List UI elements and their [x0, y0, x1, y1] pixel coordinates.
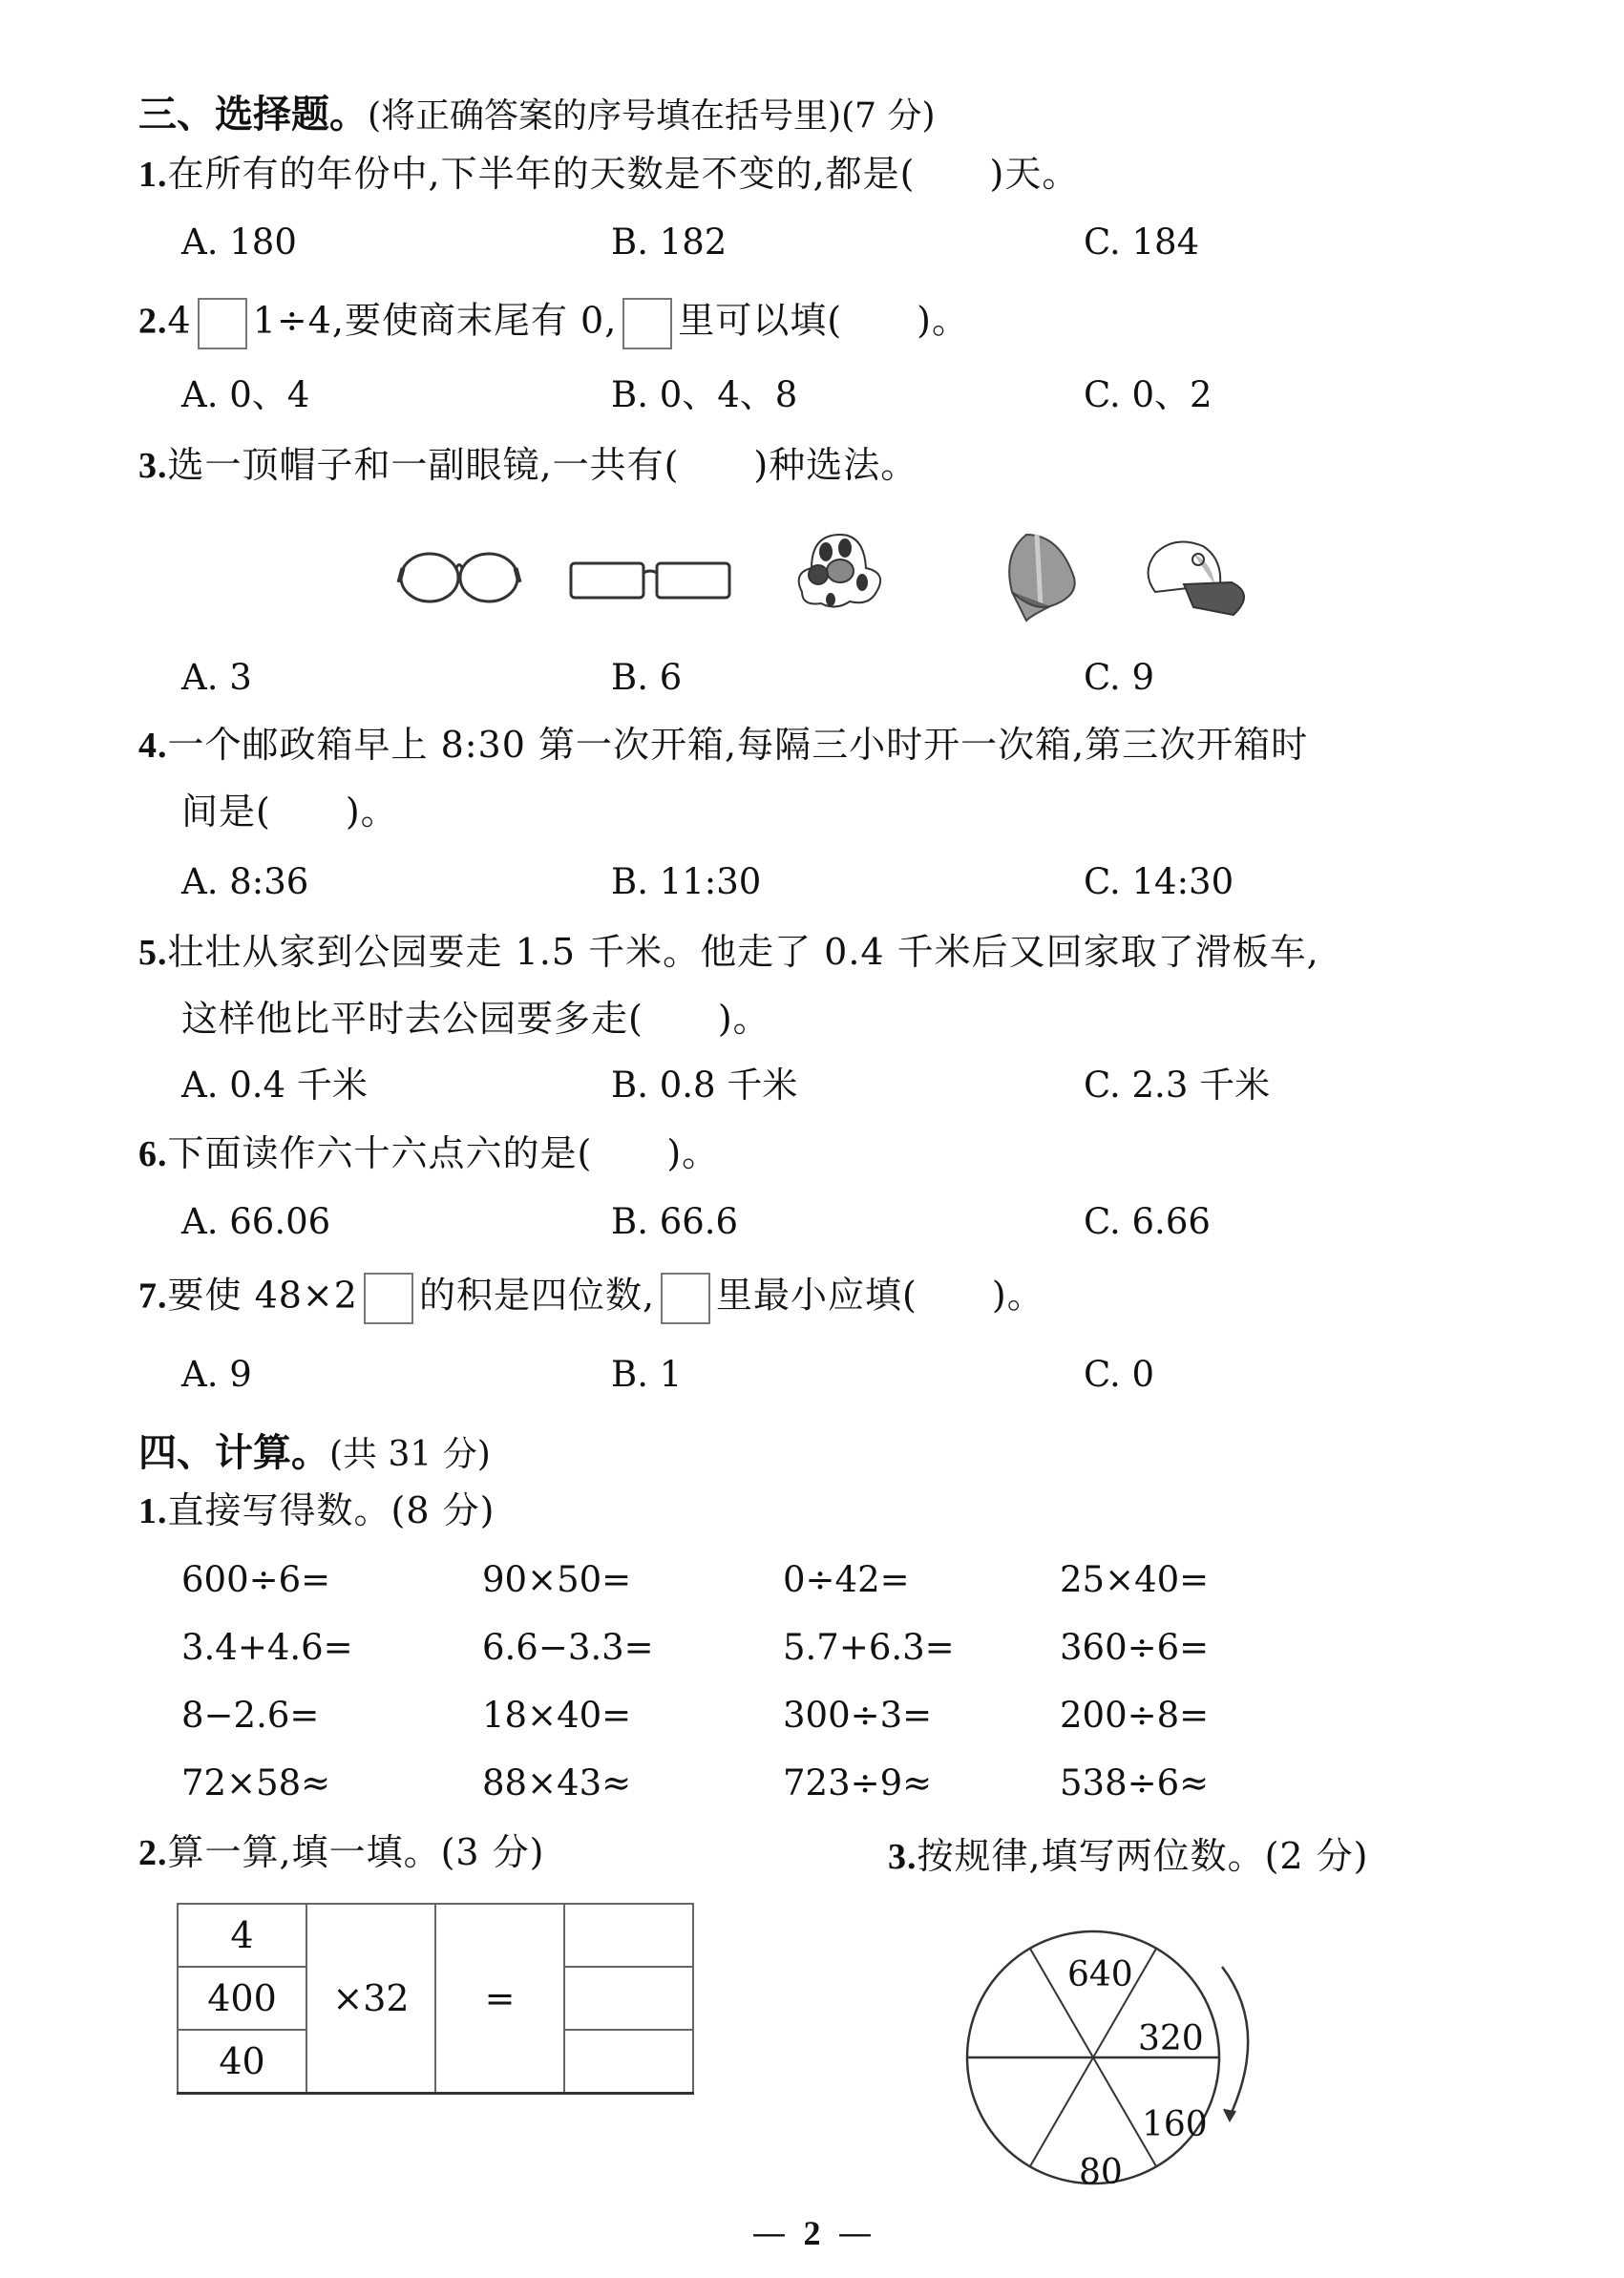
- factor-cell: 4: [178, 1904, 306, 1967]
- wheel-value: 160: [1142, 2105, 1208, 2144]
- question-number: 7.: [138, 1276, 168, 1317]
- digit-box[interactable]: [198, 298, 247, 349]
- calc-item[interactable]: 360÷6=: [1060, 1627, 1209, 1669]
- option-b: B. 11:30: [611, 861, 761, 903]
- wheel-value: 640: [1067, 1955, 1133, 1994]
- option-b: B. 1: [611, 1354, 682, 1396]
- calc-item[interactable]: 72×58≈: [181, 1762, 330, 1804]
- footer-dash: —: [752, 2214, 787, 2253]
- question-1: 1.在所有的年份中,下半年的天数是不变的,都是()天。: [138, 153, 1079, 196]
- question-number: 4.: [138, 726, 168, 766]
- part-title: 按规律,填写两位数。(2 分): [917, 1835, 1369, 1877]
- option-c: C. 14:30: [1084, 861, 1234, 903]
- calc-item[interactable]: 88×43≈: [482, 1762, 631, 1804]
- option-b: B. 66.6: [611, 1201, 738, 1243]
- hats-and-glasses-pictures: [391, 516, 1308, 630]
- page-number: 2: [804, 2214, 821, 2252]
- option-c: C. 2.3 千米: [1084, 1065, 1270, 1107]
- question-text: 的积是四位数,: [419, 1275, 655, 1317]
- question-text-end: )。: [666, 1132, 719, 1174]
- question-text-end: )种选法。: [753, 444, 917, 486]
- question-5-line-2: 这样他比平时去公园要多走()。: [181, 998, 770, 1040]
- operator-cell: ×32: [306, 1904, 435, 2094]
- question-4: 4.一个邮政箱早上 8:30 第一次开箱,每隔三小时开一次箱,第三次开箱时: [138, 724, 1308, 767]
- equals-cell: =: [435, 1904, 564, 2094]
- question-text: 里最小应填(: [716, 1275, 917, 1317]
- calc-item[interactable]: 90×50=: [482, 1559, 631, 1601]
- part-title: 算一算,填一填。(3 分): [168, 1831, 545, 1873]
- question-7: 7.要使 48×2的积是四位数,里最小应填()。: [138, 1273, 1044, 1324]
- digit-box-ref: [622, 298, 672, 349]
- option-b: B. 6: [611, 657, 682, 699]
- question-text-end: )。: [346, 791, 398, 833]
- multiplication-fill-table: 4 ×32 = 400 40: [177, 1903, 694, 2095]
- option-b: B. 182: [611, 221, 727, 264]
- option-c: C. 9: [1084, 657, 1154, 699]
- calc-item[interactable]: 8−2.6=: [181, 1695, 319, 1737]
- calc-item[interactable]: 3.4+4.6=: [181, 1627, 353, 1669]
- question-number: 3.: [138, 446, 168, 486]
- option-a: A. 66.06: [181, 1201, 330, 1243]
- part-title: 直接写得数。(8 分): [168, 1489, 496, 1531]
- factor-cell: 400: [178, 1967, 306, 2030]
- calc-item[interactable]: 25×40=: [1060, 1559, 1209, 1601]
- calc-item[interactable]: 600÷6=: [181, 1559, 330, 1601]
- wheel-value: 320: [1138, 2019, 1204, 2058]
- question-text: 间是(: [181, 791, 271, 833]
- question-text: 里可以填(: [678, 300, 842, 342]
- option-c: C. 6.66: [1084, 1201, 1211, 1243]
- option-a: A. 0.4 千米: [181, 1065, 368, 1107]
- part-3-heading: 3.按规律,填写两位数。(2 分): [888, 1835, 1369, 1878]
- number-wheel: 640 320 160 80: [926, 1876, 1289, 2201]
- option-c: C. 0、2: [1084, 374, 1213, 416]
- part-2-heading: 2.算一算,填一填。(3 分): [138, 1831, 545, 1874]
- question-number: 2.: [138, 1833, 168, 1873]
- round-glasses-icon: [399, 554, 519, 601]
- section-4-heading: 四、计算。(共 31 分): [138, 1423, 491, 1477]
- section-note: (将正确答案的序号填在括号里)(7 分): [368, 96, 936, 136]
- question-text-end: )天。: [990, 153, 1080, 195]
- calc-item[interactable]: 6.6−3.3=: [482, 1627, 654, 1669]
- wheel-value: 80: [1079, 2153, 1123, 2192]
- option-a: A. 0、4: [181, 374, 309, 416]
- option-a: A. 3: [181, 657, 252, 699]
- calc-item[interactable]: 0÷42=: [783, 1559, 910, 1601]
- factor-cell: 40: [178, 2030, 306, 2094]
- section-title: 三、选择题。: [138, 93, 368, 137]
- question-text: 下面读作六十六点六的是(: [168, 1132, 593, 1174]
- question-6: 6.下面读作六十六点六的是()。: [138, 1132, 719, 1175]
- question-text: 选一顶帽子和一副眼镜,一共有(: [168, 444, 680, 486]
- question-number: 3.: [888, 1837, 917, 1877]
- spotted-hat-icon: [799, 535, 880, 607]
- question-number: 1.: [138, 155, 168, 195]
- question-number: 5.: [138, 933, 168, 973]
- calc-item[interactable]: 300÷3=: [783, 1695, 932, 1737]
- option-c: C. 0: [1084, 1354, 1154, 1396]
- calc-item[interactable]: 18×40=: [482, 1695, 631, 1737]
- option-b: B. 0.8 千米: [611, 1065, 797, 1107]
- calc-item[interactable]: 538÷6≈: [1060, 1762, 1209, 1804]
- question-4-line-2: 间是()。: [181, 791, 398, 833]
- option-c: C. 184: [1084, 221, 1199, 264]
- digit-box[interactable]: [364, 1273, 413, 1324]
- question-text-end: )。: [992, 1275, 1044, 1317]
- white-cap-icon: [1149, 542, 1245, 616]
- option-a: A. 9: [181, 1354, 252, 1396]
- calc-item[interactable]: 5.7+6.3=: [783, 1627, 955, 1669]
- question-3: 3.选一顶帽子和一副眼镜,一共有()种选法。: [138, 444, 917, 487]
- section-3-heading: 三、选择题。(将正确答案的序号填在括号里)(7 分): [138, 84, 936, 138]
- option-a: A. 8:36: [181, 861, 308, 903]
- striped-cap-icon: [1009, 535, 1075, 621]
- question-text: 4: [168, 300, 192, 342]
- page-footer: —2—: [0, 2213, 1624, 2253]
- square-glasses-icon: [571, 563, 729, 598]
- question-number: 6.: [138, 1134, 168, 1174]
- footer-dash: —: [838, 2214, 873, 2253]
- section-note: (共 31 分): [329, 1435, 491, 1474]
- calc-item[interactable]: 200÷8=: [1060, 1695, 1209, 1737]
- question-5: 5.壮壮从家到公园要走 1.5 千米。他走了 0.4 千米后又回家取了滑板车,: [138, 931, 1319, 974]
- question-number: 2.: [138, 302, 168, 342]
- answer-cell[interactable]: [564, 2030, 693, 2094]
- answer-cell[interactable]: [564, 1967, 693, 2030]
- question-text-end: )。: [917, 300, 969, 342]
- part-1-heading: 1.直接写得数。(8 分): [138, 1489, 495, 1532]
- question-text: 在所有的年份中,下半年的天数是不变的,都是(: [168, 153, 916, 195]
- calc-item[interactable]: 723÷9≈: [783, 1762, 932, 1804]
- answer-cell[interactable]: [564, 1904, 693, 1967]
- question-2: 2.41÷4,要使商末尾有 0,里可以填()。: [138, 298, 969, 349]
- question-text: 这样他比平时去公园要多走(: [181, 998, 643, 1040]
- question-text: 1÷4,要使商末尾有 0,: [253, 300, 618, 342]
- question-text-end: )。: [718, 998, 770, 1040]
- option-b: B. 0、4、8: [611, 374, 797, 416]
- question-text: 要使 48×2: [168, 1275, 358, 1317]
- clockwise-arrow-icon: [1222, 1967, 1248, 2117]
- option-a: A. 180: [181, 221, 297, 264]
- digit-box-ref: [661, 1273, 710, 1324]
- question-text: 一个邮政箱早上 8:30 第一次开箱,每隔三小时开一次箱,第三次开箱时: [168, 724, 1309, 766]
- question-number: 1.: [138, 1491, 168, 1531]
- section-title: 四、计算。: [138, 1431, 329, 1475]
- question-text: 壮壮从家到公园要走 1.5 千米。他走了 0.4 千米后又回家取了滑板车,: [168, 931, 1319, 973]
